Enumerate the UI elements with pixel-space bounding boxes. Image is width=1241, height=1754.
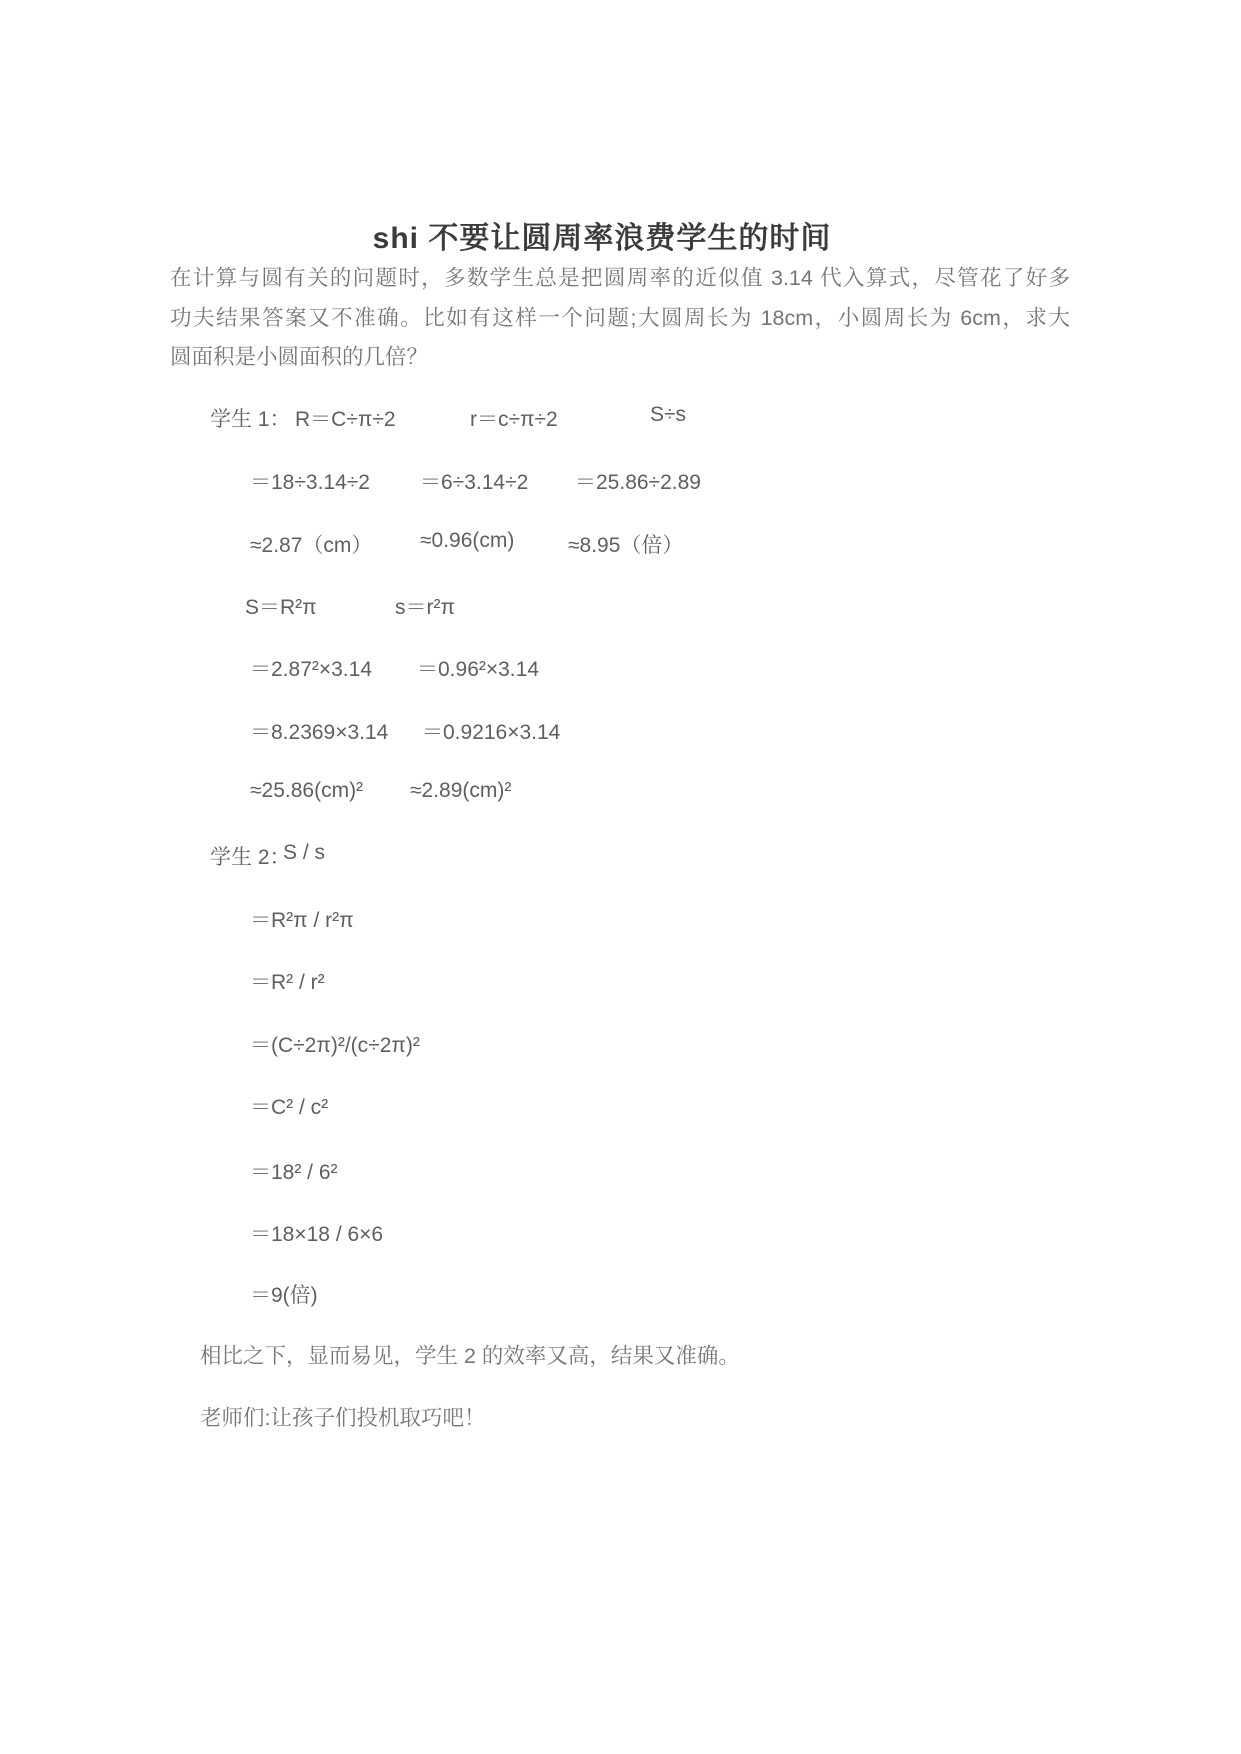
equation-cell: ≈2.87（cm） bbox=[250, 529, 372, 559]
equation-cell: ≈25.86(cm)² bbox=[250, 779, 363, 803]
conclusion-text: 相比之下，显而易见，学生 2 的效率又高，结果又准确。 bbox=[200, 1339, 1180, 1370]
equation-cell: ＝2.87²×3.14 bbox=[250, 653, 372, 683]
equation-row: ＝(C÷2π)²/(c÷2π)² bbox=[0, 1029, 1241, 1057]
equation-row: ＝9(倍) bbox=[0, 1279, 1241, 1307]
equation-row: 学生 1： R＝C÷π÷2 r＝c÷π÷2 S÷s bbox=[0, 403, 1241, 431]
equation-cell: S / s bbox=[283, 841, 325, 865]
equation-row: 学生 2： S / s bbox=[0, 841, 1241, 869]
intro-line: 功夫结果答案又不准确。比如有这样一个问题;大圆周长为 18cm，小圆周长为 6c… bbox=[170, 299, 1070, 339]
equation-cell: R＝C÷π÷2 bbox=[295, 403, 396, 433]
teacher-note: 老师们:让孩子们投机取巧吧！ bbox=[200, 1401, 1180, 1432]
equation-cell: S＝R²π bbox=[245, 591, 317, 621]
equation-cell: ＝C² / c² bbox=[250, 1091, 328, 1121]
intro-line: 在计算与圆有关的问题时，多数学生总是把圆周率的近似值 3.14 代入算式，尽管花… bbox=[170, 259, 1070, 299]
equation-row: ＝18² / 6² bbox=[0, 1156, 1241, 1184]
equation-row: ＝C² / c² bbox=[0, 1091, 1241, 1119]
equation-row: ＝R² / r² bbox=[0, 966, 1241, 994]
student1-label: 学生 1： bbox=[210, 403, 291, 433]
intro-paragraph: 在计算与圆有关的问题时，多数学生总是把圆周率的近似值 3.14 代入算式，尽管花… bbox=[170, 259, 1070, 378]
equation-cell: ＝25.86÷2.89 bbox=[575, 466, 701, 496]
equation-cell: S÷s bbox=[650, 403, 686, 427]
equation-row: ≈2.87（cm） ≈0.96(cm) ≈8.95（倍） bbox=[0, 529, 1241, 557]
equation-cell: ≈0.96(cm) bbox=[420, 529, 514, 553]
equation-cell: ＝0.9216×3.14 bbox=[422, 716, 560, 746]
equation-cell: ＝18÷3.14÷2 bbox=[250, 466, 370, 496]
equation-cell: ＝18×18 / 6×6 bbox=[250, 1218, 383, 1248]
equation-row: ＝R²π / r²π bbox=[0, 904, 1241, 932]
equation-cell: ＝8.2369×3.14 bbox=[250, 716, 388, 746]
equation-row: ≈25.86(cm)² ≈2.89(cm)² bbox=[0, 779, 1241, 807]
equation-cell: ＝R² / r² bbox=[250, 966, 325, 996]
equation-cell: r＝c÷π÷2 bbox=[470, 403, 558, 433]
equation-row: ＝18÷3.14÷2 ＝6÷3.14÷2 ＝25.86÷2.89 bbox=[0, 466, 1241, 494]
equation-row: ＝8.2369×3.14 ＝0.9216×3.14 bbox=[0, 716, 1241, 744]
document-title: shi 不要让圆周率浪费学生的时间 bbox=[152, 213, 1052, 257]
equation-row: S＝R²π s＝r²π bbox=[0, 591, 1241, 619]
equation-cell: s＝r²π bbox=[395, 591, 455, 621]
student2-label: 学生 2： bbox=[210, 841, 291, 871]
equation-cell: ＝0.96²×3.14 bbox=[417, 653, 539, 683]
equation-cell: ＝(C÷2π)²/(c÷2π)² bbox=[250, 1029, 420, 1059]
equation-cell: ＝9(倍) bbox=[250, 1279, 318, 1309]
equation-cell: ＝R²π / r²π bbox=[250, 904, 354, 934]
equation-row: ＝2.87²×3.14 ＝0.96²×3.14 bbox=[0, 653, 1241, 681]
document-page: shi 不要让圆周率浪费学生的时间 在计算与圆有关的问题时，多数学生总是把圆周率… bbox=[0, 0, 1241, 1754]
equation-cell: ＝18² / 6² bbox=[250, 1156, 338, 1186]
equation-cell: ＝6÷3.14÷2 bbox=[420, 466, 528, 496]
equation-row: ＝18×18 / 6×6 bbox=[0, 1218, 1241, 1246]
equation-cell: ≈2.89(cm)² bbox=[410, 779, 511, 803]
intro-line: 圆面积是小圆面积的几倍？ bbox=[170, 338, 1070, 378]
equation-cell: ≈8.95（倍） bbox=[568, 529, 683, 559]
